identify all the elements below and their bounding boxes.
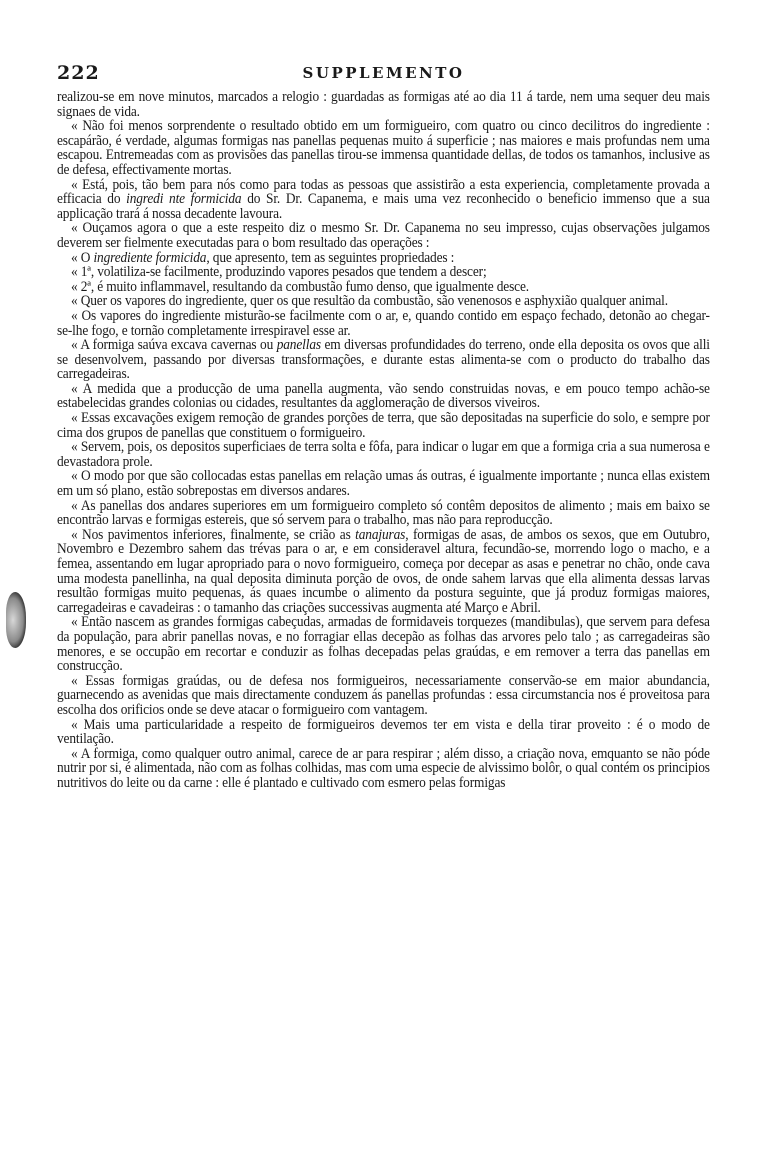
text-run: , que apresento, tem as seguintes propri… — [206, 250, 454, 266]
text-run: « As panellas dos andares superiores em … — [57, 498, 710, 529]
body-text: realizou-se em nove minutos, marcados a … — [57, 90, 710, 791]
paragraph: « 1ª, volatiliza-se facilmente, produzin… — [57, 265, 710, 280]
text-run: « Os vapores do ingrediente misturão-se … — [57, 308, 710, 339]
text-run: « 2ª, é muito inflammavel, resultando da… — [71, 279, 529, 295]
paragraph: realizou-se em nove minutos, marcados a … — [57, 90, 710, 119]
text-run: « 1ª, volatiliza-se facilmente, produzin… — [71, 264, 487, 280]
text-run: « O — [71, 250, 93, 266]
paragraph: « Ouçamos agora o que a este respeito di… — [57, 221, 710, 250]
paragraph: « Nos pavimentos inferiores, finalmente,… — [57, 528, 710, 616]
text-run: « Então nascem as grandes formigas cabeç… — [57, 614, 710, 674]
paragraph: « A formiga saúva excava cavernas ou pan… — [57, 338, 710, 382]
italic-term: ingrediente formicida — [93, 250, 206, 266]
italic-term: tanajuras — [355, 527, 405, 543]
italic-term: ingredi nte formicida — [126, 191, 241, 207]
paragraph: « Servem, pois, os depositos superficiae… — [57, 440, 710, 469]
text-run: « Quer os vapores do ingrediente, quer o… — [71, 293, 668, 309]
text-run: « Mais uma particularidade a respeito de… — [57, 717, 710, 748]
text-run: « A medida que a producção de uma panell… — [57, 381, 710, 412]
paragraph: « Os vapores do ingrediente misturão-se … — [57, 309, 710, 338]
text-run: « A formiga, como qualquer outro animal,… — [57, 746, 710, 791]
page-header: 222 SUPPLEMENTO — [57, 62, 710, 90]
page-margin-blot — [6, 592, 26, 648]
text-run: « Servem, pois, os depositos superficiae… — [57, 439, 710, 470]
book-page: 222 SUPPLEMENTO realizou-se em nove minu… — [57, 62, 710, 791]
paragraph: « Mais uma particularidade a respeito de… — [57, 718, 710, 747]
paragraph: « Então nascem as grandes formigas cabeç… — [57, 615, 710, 673]
paragraph: « Essas formigas graúdas, ou de defesa n… — [57, 674, 710, 718]
paragraph: « Está, pois, tão bem para nós como para… — [57, 178, 710, 222]
paragraph: « A formiga, como qualquer outro animal,… — [57, 747, 710, 791]
text-run: « Essas excavações exigem remoção de gra… — [57, 410, 710, 441]
paragraph: « 2ª, é muito inflammavel, resultando da… — [57, 280, 710, 295]
paragraph: « A medida que a producção de uma panell… — [57, 382, 710, 411]
paragraph: « O ingrediente formicida, que apresento… — [57, 251, 710, 266]
running-title: SUPPLEMENTO — [57, 64, 710, 82]
text-run: « Ouçamos agora o que a este respeito di… — [57, 220, 710, 251]
text-run: « O modo por que são collocadas estas pa… — [57, 468, 710, 499]
text-run: « Não foi menos sorprendente o resultado… — [57, 118, 710, 178]
text-run: « A formiga saúva excava cavernas ou — [71, 337, 277, 353]
text-run: « Nos pavimentos inferiores, finalmente,… — [71, 527, 355, 543]
paragraph: « Essas excavações exigem remoção de gra… — [57, 411, 710, 440]
italic-term: panellas — [277, 337, 321, 353]
paragraph: « O modo por que são collocadas estas pa… — [57, 469, 710, 498]
text-run: « Essas formigas graúdas, ou de defesa n… — [57, 673, 710, 718]
paragraph: « Não foi menos sorprendente o resultado… — [57, 119, 710, 177]
text-run: realizou-se em nove minutos, marcados a … — [57, 89, 710, 120]
paragraph: « Quer os vapores do ingrediente, quer o… — [57, 294, 710, 309]
paragraph: « As panellas dos andares superiores em … — [57, 499, 710, 528]
